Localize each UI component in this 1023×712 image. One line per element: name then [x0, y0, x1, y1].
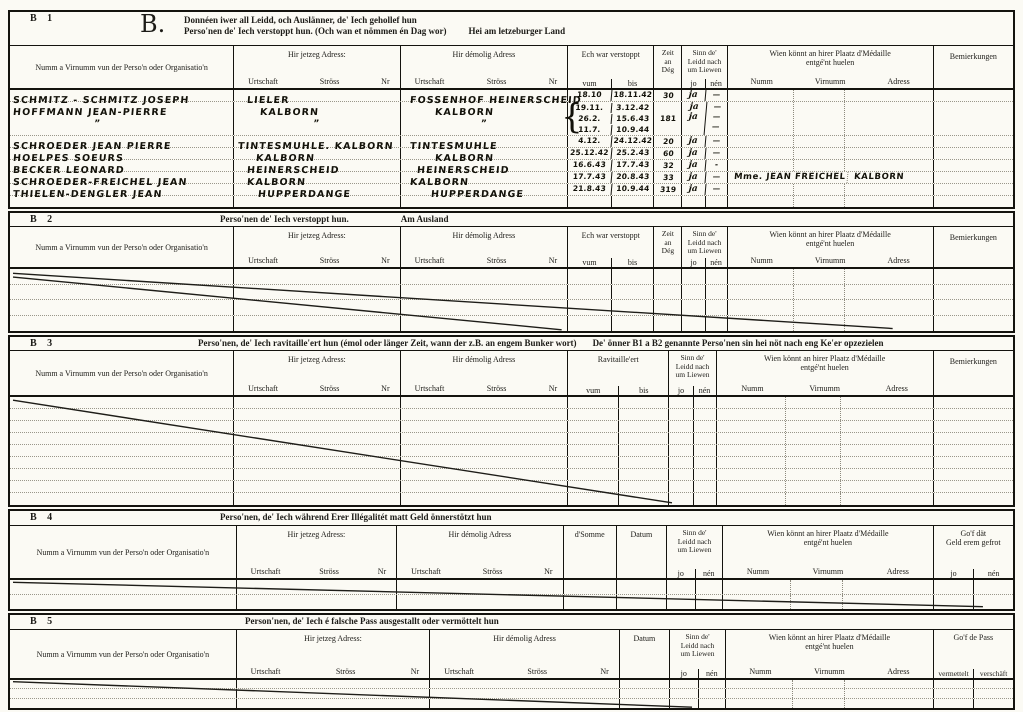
- b1-header-band: B 1 B. Donnéen iwer all Leidd, och Auslä…: [10, 12, 1013, 46]
- col-geld-gefrot: Go'f dätGeld erem gefrotjonén: [934, 526, 1013, 578]
- b2-column-header: Numm a Virnumm vun der Perso'n oder Orga…: [10, 227, 1013, 269]
- empty-row: [10, 680, 1013, 689]
- empty-row: [10, 469, 1013, 481]
- empty-row: [10, 689, 1013, 698]
- empty-row: [10, 421, 1013, 433]
- empty-row: [10, 493, 1013, 505]
- ditto-mark: ”: [234, 120, 400, 128]
- b5-header-band: B 5 Person'nen, de' Iech é falsche Pass …: [10, 615, 1013, 630]
- b4-column-header: Numm a Virnumm vun der Perso'n oder Orga…: [10, 526, 1013, 580]
- section-b3: B 3 Perso'nen, de' Iech ravitaille'ert h…: [8, 335, 1015, 507]
- col-gof-de-pass: Go'f de Passvermetteltverschäft: [934, 630, 1013, 678]
- empty-row: [10, 699, 1013, 708]
- col-sinn-liewen: Sinn de'Leidd nachum Liewen jonén: [682, 46, 727, 88]
- empty-row: [10, 285, 1013, 301]
- b3-code: B 3: [10, 338, 140, 349]
- empty-row: [10, 580, 1013, 595]
- empty-row: [10, 269, 1013, 285]
- b2-code: B 2: [10, 214, 140, 225]
- b4-code: B 4: [10, 512, 140, 523]
- b4-title: Perso'nen, de' Iech während Erer Illégal…: [220, 512, 491, 523]
- empty-row: [10, 445, 1013, 457]
- b5-column-header: Numm a Virnumm vun der Perso'n oder Orga…: [10, 630, 1013, 680]
- col-name: Numm a Virnumm vun der Perso'n oder Orga…: [10, 46, 234, 88]
- empty-row: [10, 300, 1013, 316]
- ditto-mark: ”: [10, 120, 234, 128]
- b3-column-header: Numm a Virnumm vun der Perso'n oder Orga…: [10, 351, 1013, 397]
- b4-body: [10, 580, 1013, 609]
- b2-body: [10, 269, 1013, 331]
- b1-title-bold: Hei am letzeburger Land: [469, 26, 566, 36]
- table-row: BECKER LEONARD HEINERSCHEID HEINERSCHEID…: [10, 160, 1013, 172]
- b1-big-letter: B.: [140, 13, 184, 35]
- table-row: HOFFMANN JEAN-PIERRE” KALBORN” KALBORN” …: [10, 102, 1013, 136]
- col-demolig-adress: Hir démolig Adress UrtschaftStrössNr: [401, 46, 569, 88]
- b5-title: Person'nen, de' Iech é falsche Pass ausg…: [245, 616, 499, 627]
- person-name: HOFFMANN JEAN-PIERRE: [10, 107, 168, 118]
- section-b1: B 1 B. Donnéen iwer all Leidd, och Auslä…: [8, 10, 1015, 209]
- col-medaille: Wien könnt an hirer Plaatz d'Médailleent…: [728, 46, 934, 88]
- b2-header-band: B 2 Perso'nen de' Iech verstoppt hun. Am…: [10, 213, 1013, 227]
- table-row: SCHROEDER-FREICHEL JEAN KALBORN KALBORN …: [10, 172, 1013, 184]
- medal-recipient-adress: KALBORN: [846, 172, 933, 183]
- section-b2: B 2 Perso'nen de' Iech verstoppt hun. Am…: [8, 211, 1015, 333]
- section-b5: B 5 Person'nen, de' Iech é falsche Pass …: [8, 613, 1015, 710]
- b1-body: SCHMITZ - SCHMITZ JOSEPH LIELER FOSSENHO…: [10, 90, 1013, 207]
- ditto-mark: ”: [400, 120, 567, 128]
- b3-title: Perso'nen, de' Iech ravitaille'ert hun (…: [198, 338, 577, 349]
- section-b4: B 4 Perso'nen, de' Iech während Erer Ill…: [8, 509, 1015, 611]
- b1-column-header: Numm a Virnumm vun der Perso'n oder Orga…: [10, 46, 1013, 90]
- b1-code: B 1: [10, 13, 140, 24]
- table-row: SCHROEDER JEAN PIERRE TINTESMUHLE. KALBO…: [10, 136, 1013, 148]
- empty-row: [10, 409, 1013, 421]
- empty-row: [10, 196, 1013, 207]
- brace-mark: {: [561, 99, 583, 135]
- scanned-form-page: B 1 B. Donnéen iwer all Leidd, och Auslä…: [0, 0, 1023, 712]
- empty-row: [10, 481, 1013, 493]
- b3-body: [10, 397, 1013, 505]
- b4-header-band: B 4 Perso'nen, de' Iech während Erer Ill…: [10, 511, 1013, 526]
- empty-row: [10, 433, 1013, 445]
- table-row: THIELEN-DENGLER JEAN HUPPERDANGE HUPPERD…: [10, 184, 1013, 196]
- table-row: HOELPES SOEURS KALBORN KALBORN 25.12.422…: [10, 148, 1013, 160]
- b3-header-band: B 3 Perso'nen, de' Iech ravitaille'ert h…: [10, 337, 1013, 351]
- empty-row: [10, 595, 1013, 610]
- empty-row: [10, 316, 1013, 332]
- b5-body: [10, 680, 1013, 708]
- b1-title-line2: Perso'nen de' Iech verstoppt hun. (Och w…: [184, 26, 565, 36]
- b2-subtitle: Am Ausland: [401, 214, 449, 225]
- col-bemierkungen: Bemierkungen: [934, 46, 1013, 88]
- b1-titles: Donnéen iwer all Leidd, och Auslänner, d…: [184, 13, 565, 37]
- b5-code: B 5: [10, 616, 140, 627]
- medal-recipient: Mme. JEAN FREICHEL: [727, 172, 847, 183]
- empty-row: [10, 457, 1013, 469]
- b3-note: De' önner B1 a B2 genannte Perso'nen sin…: [593, 338, 884, 349]
- col-zeit-an-deg: ZeitanDég: [654, 46, 682, 88]
- col-jetzeg-adress: Hir jetzeg Adress: UrtschaftStrössNr: [234, 46, 400, 88]
- b1-title-line1: Donnéen iwer all Leidd, och Auslänner, d…: [184, 15, 417, 25]
- empty-row: [10, 397, 1013, 409]
- b2-title: Perso'nen de' Iech verstoppt hun.: [220, 214, 349, 225]
- table-row: SCHMITZ - SCHMITZ JOSEPH LIELER FOSSENHO…: [10, 90, 1013, 102]
- col-verstoppt: Ech war verstoppt vumbis: [568, 46, 654, 88]
